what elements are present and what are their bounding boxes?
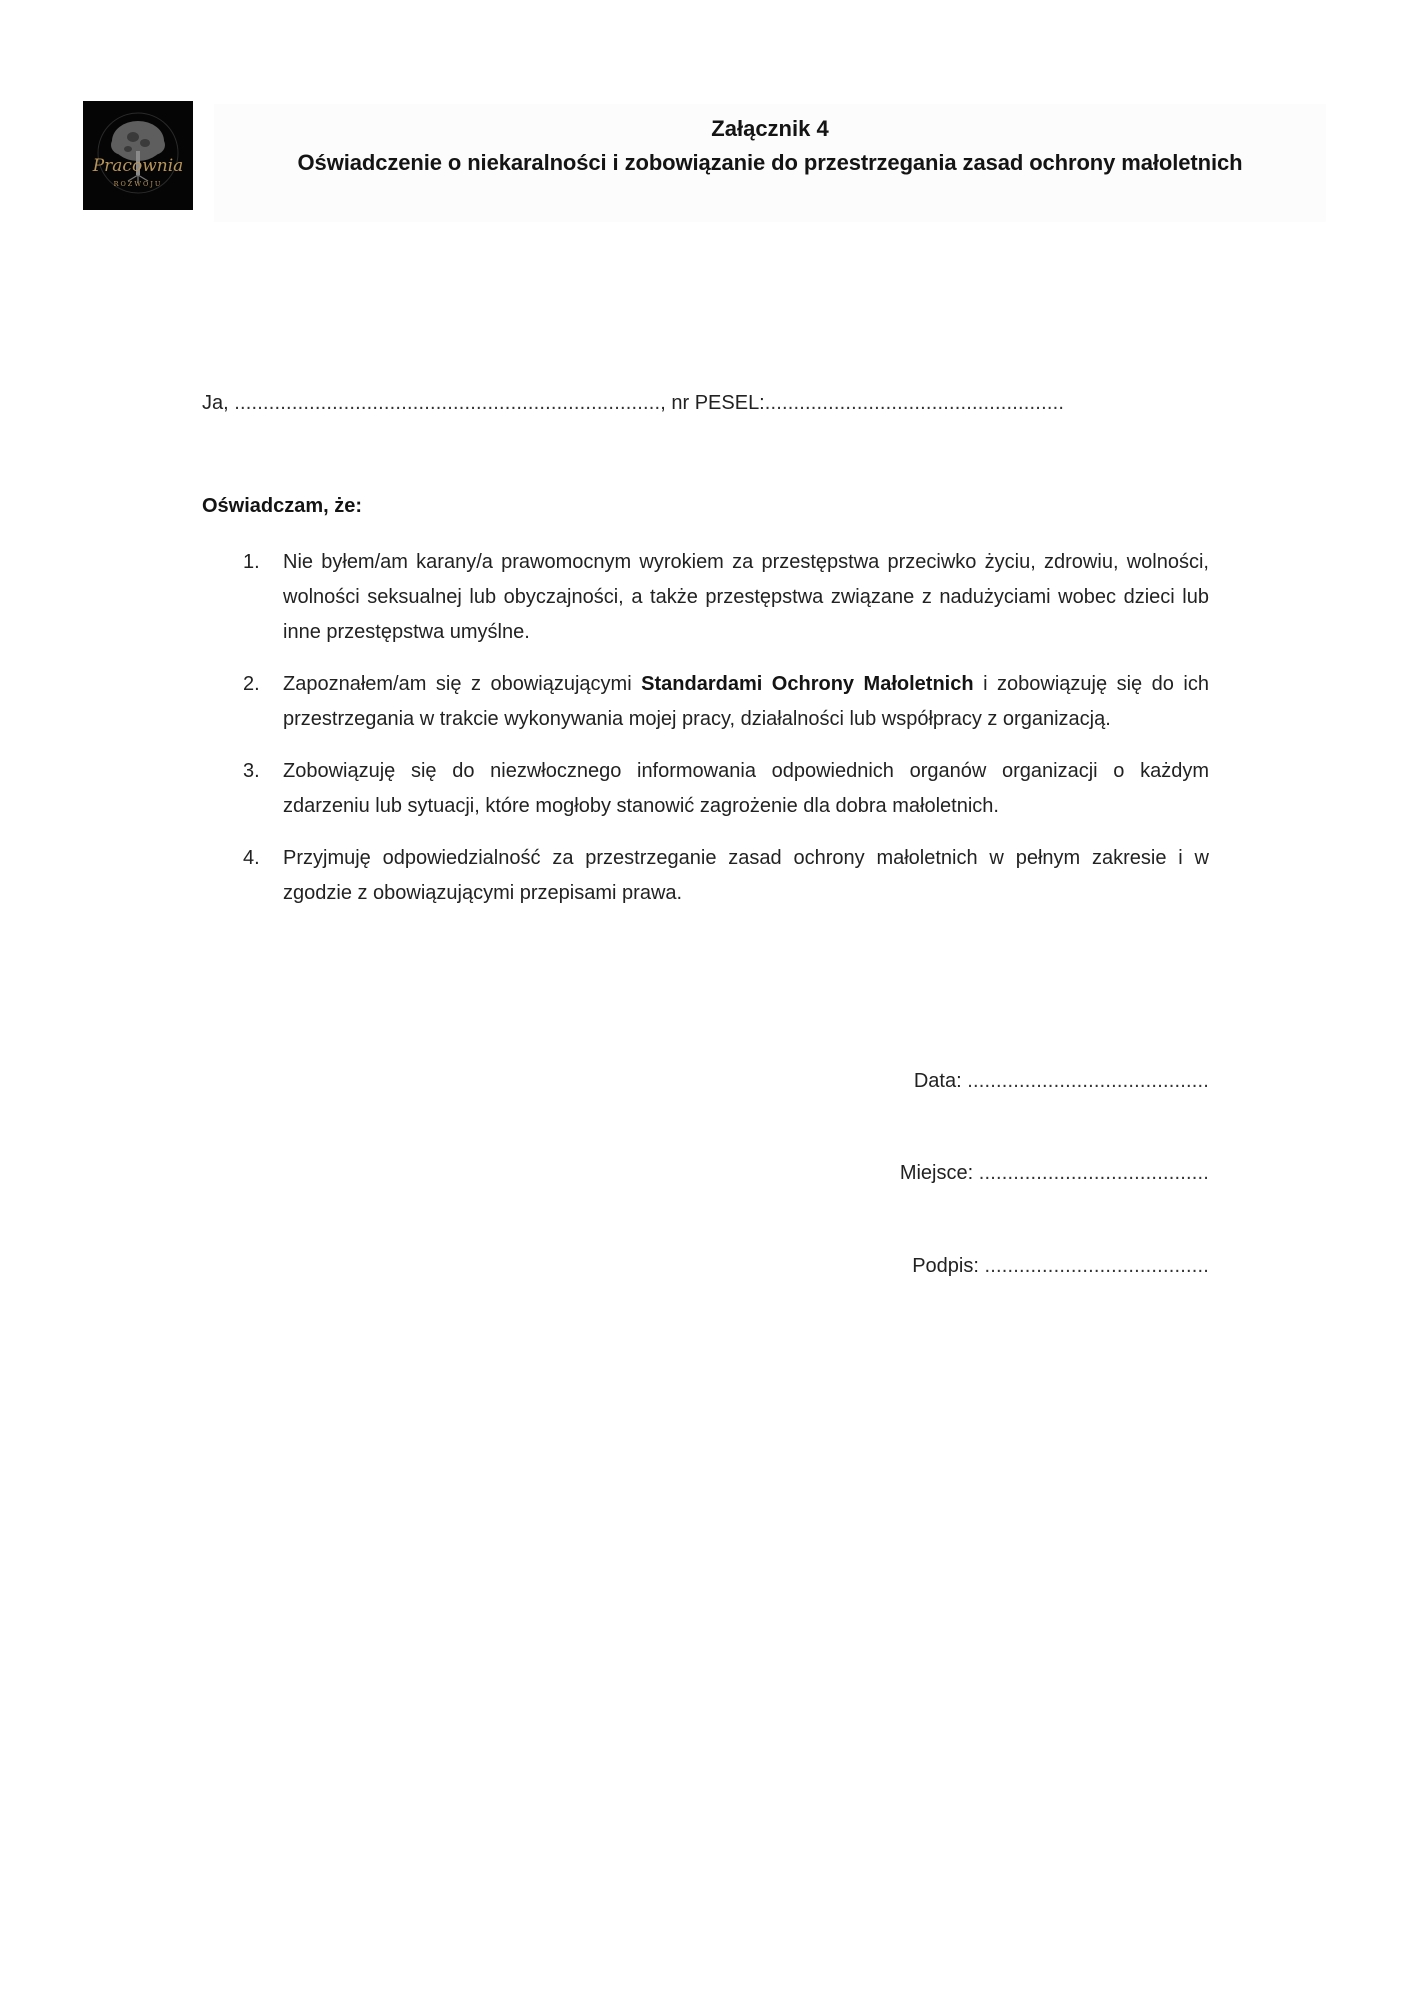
document-title: Oświadczenie o niekaralności i zobowiąza… [214, 150, 1326, 176]
signature-line: Podpis: ................................… [912, 1255, 1209, 1278]
place-line: Miejsce: ...............................… [900, 1162, 1209, 1185]
statement-number: 1. [243, 545, 260, 580]
identity-prefix: Ja, [202, 392, 229, 414]
statements-list: 1.Nie byłem/am karany/a prawomocnym wyro… [243, 545, 1209, 928]
pesel-label: , nr PESEL: [660, 392, 765, 414]
declaration-heading: Oświadczam, że: [202, 495, 362, 518]
name-field[interactable]: ........................................… [234, 392, 660, 414]
statement-text: Nie byłem/am karany/a prawomocnym wyroki… [283, 545, 1209, 650]
statement-fragment: Zobowiązuję się do niezwłocznego informo… [283, 760, 1209, 817]
date-label: Data: [914, 1070, 962, 1092]
statement-text: Zapoznałem/am się z obowiązującymi Stand… [283, 667, 1209, 737]
statement-number: 2. [243, 667, 260, 702]
statement-item: 1.Nie byłem/am karany/a prawomocnym wyro… [243, 545, 1209, 650]
identity-line: Ja, ....................................… [202, 392, 1064, 415]
tree-logo-icon: Pracownia ROZWOJU [83, 101, 193, 210]
statement-item: 4.Przyjmuję odpowiedzialność za przestrz… [243, 841, 1209, 911]
document-page: Pracownia ROZWOJU Załącznik 4 Oświadczen… [0, 0, 1414, 2000]
logo-script-text: Pracownia [92, 156, 184, 176]
place-field[interactable]: ........................................ [979, 1162, 1209, 1184]
statement-item: 2.Zapoznałem/am się z obowiązującymi Sta… [243, 667, 1209, 737]
pesel-field[interactable]: ........................................… [765, 392, 1064, 414]
date-field[interactable]: ........................................… [967, 1070, 1209, 1092]
statement-fragment: Zapoznałem/am się z obowiązującymi [283, 673, 641, 695]
statement-number: 4. [243, 841, 260, 876]
statement-fragment: Nie byłem/am karany/a prawomocnym wyroki… [283, 551, 1209, 643]
statement-text: Przyjmuję odpowiedzialność za przestrzeg… [283, 841, 1209, 911]
signature-field[interactable]: ....................................... [984, 1255, 1209, 1277]
date-line: Data: ..................................… [914, 1070, 1209, 1093]
logo-caps-text: ROZWOJU [114, 180, 163, 188]
statement-text: Zobowiązuję się do niezwłocznego informo… [283, 754, 1209, 824]
statement-emphasis: Standardami Ochrony Małoletnich [641, 673, 973, 695]
statement-number: 3. [243, 754, 260, 789]
attachment-label: Załącznik 4 [214, 116, 1326, 142]
statement-fragment: Przyjmuję odpowiedzialność za przestrzeg… [283, 847, 1209, 904]
place-label: Miejsce: [900, 1162, 973, 1184]
signature-label: Podpis: [912, 1255, 979, 1277]
statement-item: 3.Zobowiązuję się do niezwłocznego infor… [243, 754, 1209, 824]
